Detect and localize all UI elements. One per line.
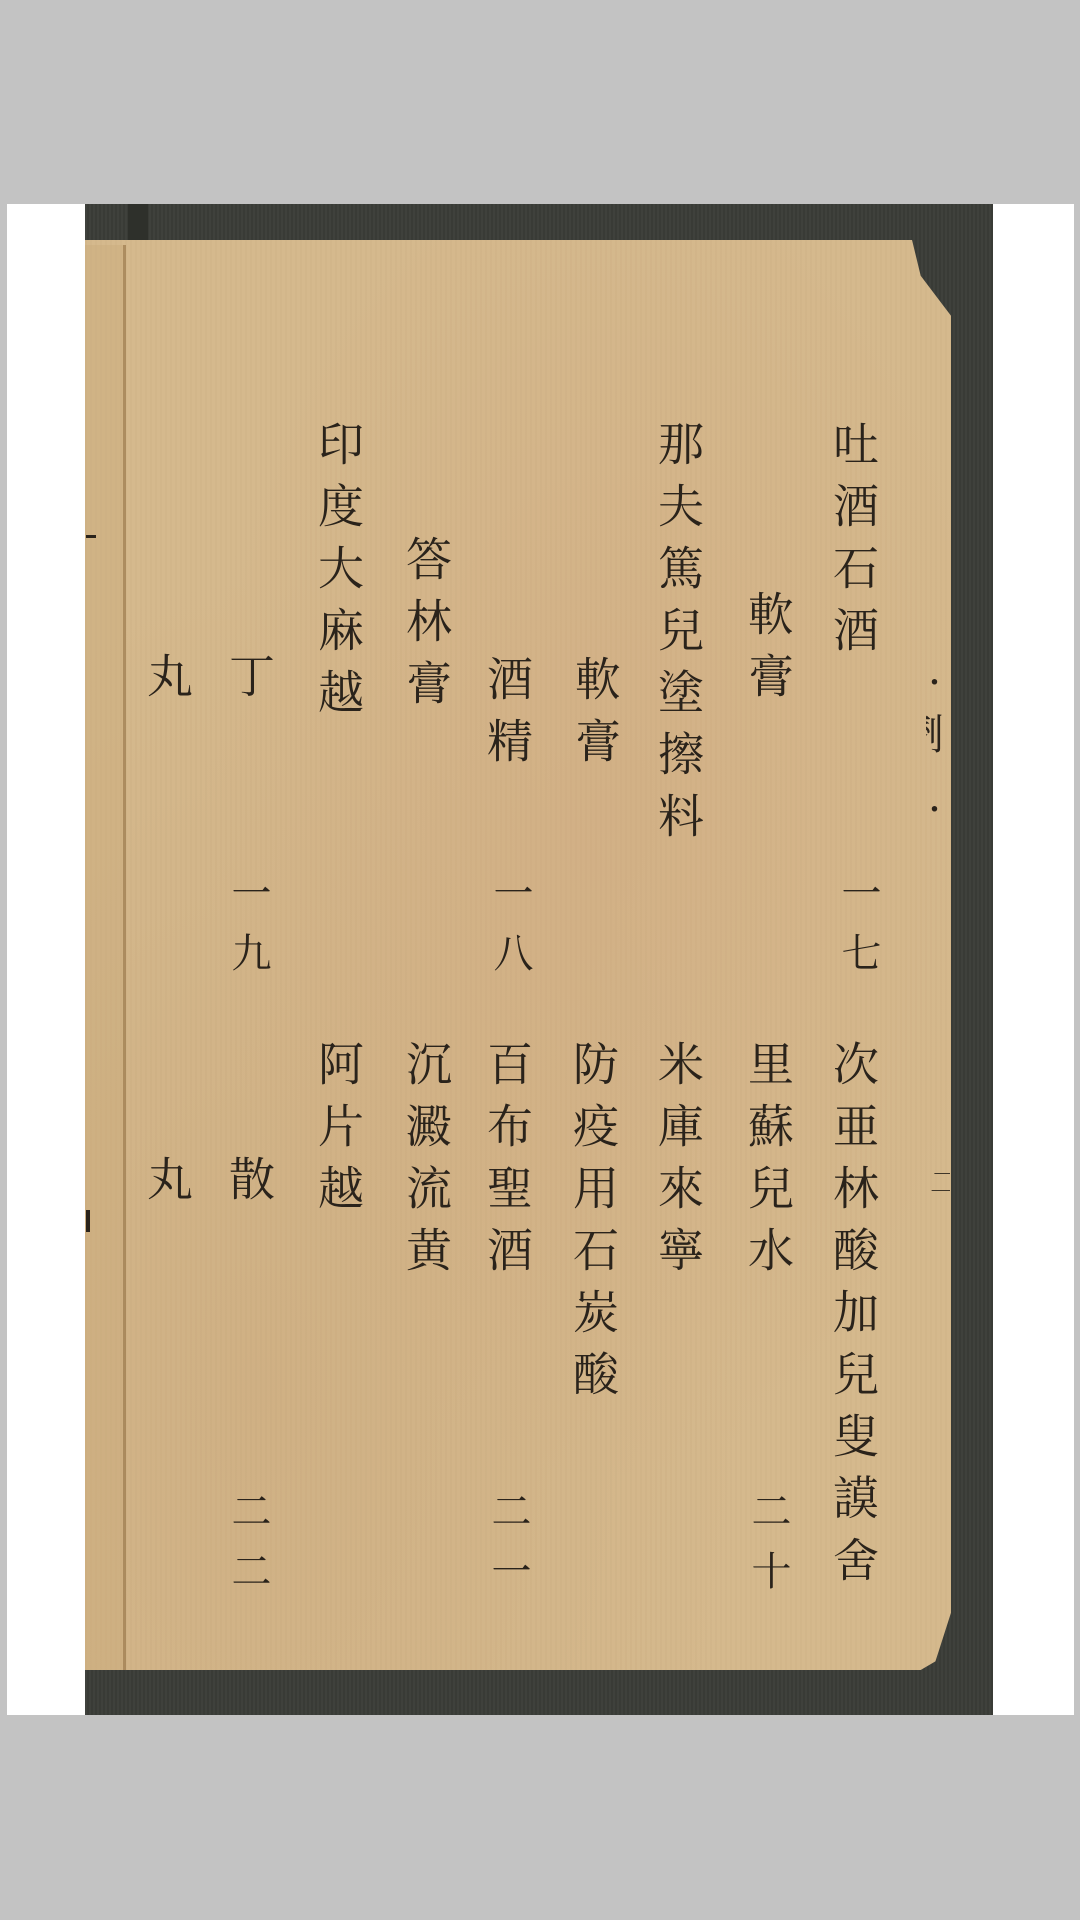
entry-name: 里蘇兒水 — [745, 1040, 791, 1288]
entry-name: 答林膏 — [403, 535, 449, 721]
entry-name: 散 — [226, 1155, 272, 1217]
entry-subtype: 軟膏 — [745, 590, 791, 714]
entry-name: 那夫篤兒塗擦料 — [655, 420, 701, 854]
entry-name: 丁 — [226, 652, 272, 714]
paper-fold-margin — [85, 245, 123, 1670]
entry-subtype: 軟膏 — [572, 655, 618, 779]
entry-name: 沉澱流黄 — [403, 1040, 449, 1288]
page-number: 一九 — [228, 872, 268, 992]
left-edge-ink-mark — [86, 535, 96, 538]
entry-name: 丸 — [144, 1155, 190, 1217]
page-number: 二二 — [228, 1490, 268, 1610]
page-number: 一七 — [838, 872, 878, 992]
entry-name: 百布聖酒 — [484, 1040, 530, 1288]
page-number: 二一 — [488, 1490, 528, 1610]
entry-name: 防疫用石炭酸 — [570, 1040, 616, 1412]
entry-name: 米庫來寧 — [655, 1040, 701, 1288]
entry-name: 印度大麻越 — [315, 420, 361, 730]
left-edge-ink-mark — [86, 1210, 90, 1232]
entry-name: 次亜林酸加兒叟謨舍 — [830, 1040, 876, 1598]
binding-strip — [128, 204, 148, 244]
page-number: 二十 — [748, 1490, 788, 1610]
running-header-partial: …劑… — [926, 645, 950, 875]
entry-name: 吐酒石酒 — [830, 420, 876, 668]
fold-line — [123, 245, 126, 1670]
page-number: 一八 — [490, 872, 530, 992]
entry-name: 丸 — [144, 652, 190, 714]
edge-page-mark: 二 — [930, 1158, 950, 1202]
entry-name: 阿片越 — [315, 1040, 361, 1226]
entry-name: 酒精 — [484, 655, 530, 779]
